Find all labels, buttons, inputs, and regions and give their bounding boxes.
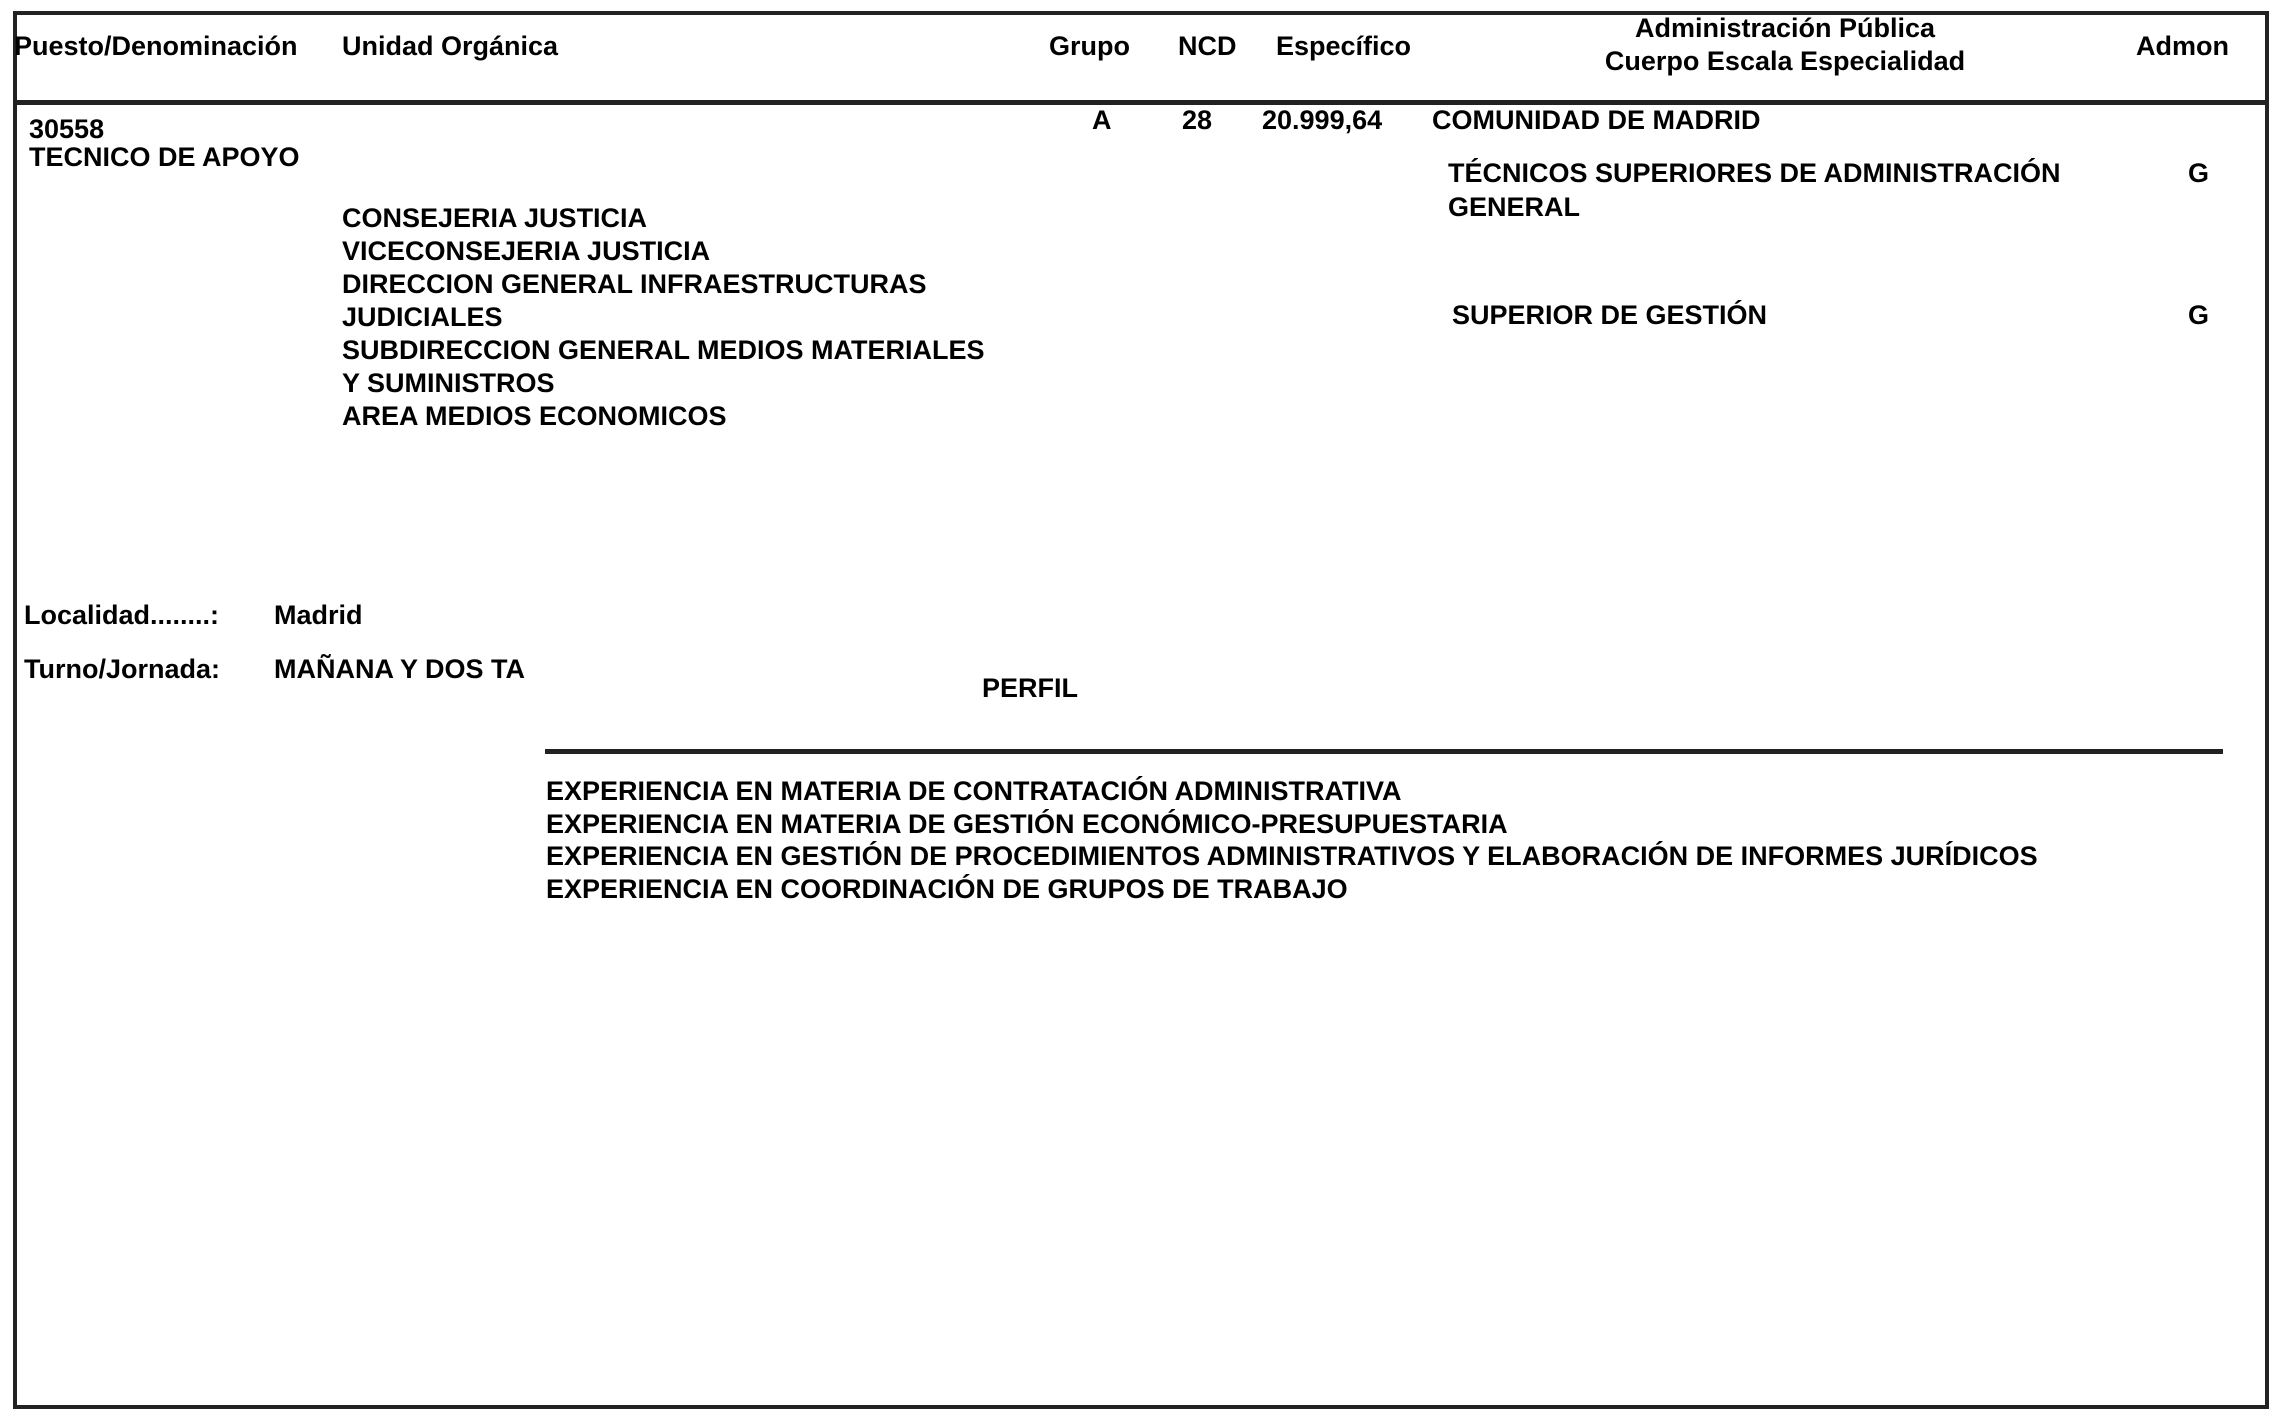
- puesto-denominacion: TECNICO DE APOYO: [29, 141, 300, 173]
- header-admin-publica: Administración Pública: [1530, 12, 2040, 44]
- header-puesto: Puesto/Denominación: [14, 30, 298, 62]
- perfil-list: EXPERIENCIA EN MATERIA DE CONTRATACIÓN A…: [546, 775, 2038, 905]
- perfil-item: EXPERIENCIA EN MATERIA DE GESTIÓN ECONÓM…: [546, 808, 2038, 841]
- cuerpo-1-line1: TÉCNICOS SUPERIORES DE ADMINISTRACIÓN: [1448, 157, 2061, 189]
- cuerpo-1-admon: G: [2188, 157, 2209, 189]
- unidad-line: Y SUMINISTROS: [342, 367, 985, 400]
- unidad-line: CONSEJERIA JUSTICIA: [342, 202, 985, 235]
- localidad-label: Localidad........:: [24, 599, 219, 631]
- header-cuerpo-escala: Cuerpo Escala Especialidad: [1530, 45, 2040, 77]
- perfil-item: EXPERIENCIA EN GESTIÓN DE PROCEDIMIENTOS…: [546, 840, 2038, 873]
- cuerpo-2-line1: SUPERIOR DE GESTIÓN: [1452, 299, 1767, 331]
- perfil-title: PERFIL: [982, 672, 1078, 704]
- unidad-line: DIRECCION GENERAL INFRAESTRUCTURAS: [342, 268, 985, 301]
- perfil-divider: [545, 749, 2223, 754]
- unidad-line: SUBDIRECCION GENERAL MEDIOS MATERIALES: [342, 334, 985, 367]
- header-ncd: NCD: [1178, 30, 1237, 62]
- header-divider: [13, 100, 2269, 105]
- header-grupo: Grupo: [1049, 30, 1130, 62]
- header-admon: Admon: [2136, 30, 2229, 62]
- administracion-value: COMUNIDAD DE MADRID: [1432, 104, 1760, 136]
- turno-label: Turno/Jornada:: [24, 653, 220, 685]
- unidad-line: AREA MEDIOS ECONOMICOS: [342, 400, 985, 433]
- perfil-item: EXPERIENCIA EN MATERIA DE CONTRATACIÓN A…: [546, 775, 2038, 808]
- grupo-value: A: [1092, 104, 1112, 136]
- header-unidad: Unidad Orgánica: [342, 30, 558, 62]
- especifico-value: 20.999,64: [1262, 104, 1382, 136]
- cuerpo-1-line2: GENERAL: [1448, 191, 1580, 223]
- header-especifico: Específico: [1276, 30, 1411, 62]
- unidad-line: VICECONSEJERIA JUSTICIA: [342, 235, 985, 268]
- unidad-line: JUDICIALES: [342, 301, 985, 334]
- ncd-value: 28: [1182, 104, 1212, 136]
- localidad-value: Madrid: [274, 599, 363, 631]
- perfil-item: EXPERIENCIA EN COORDINACIÓN DE GRUPOS DE…: [546, 873, 2038, 906]
- cuerpo-2-admon: G: [2188, 299, 2209, 331]
- turno-value: MAÑANA Y DOS TA: [274, 653, 525, 685]
- unidad-organica: CONSEJERIA JUSTICIA VICECONSEJERIA JUSTI…: [342, 202, 985, 433]
